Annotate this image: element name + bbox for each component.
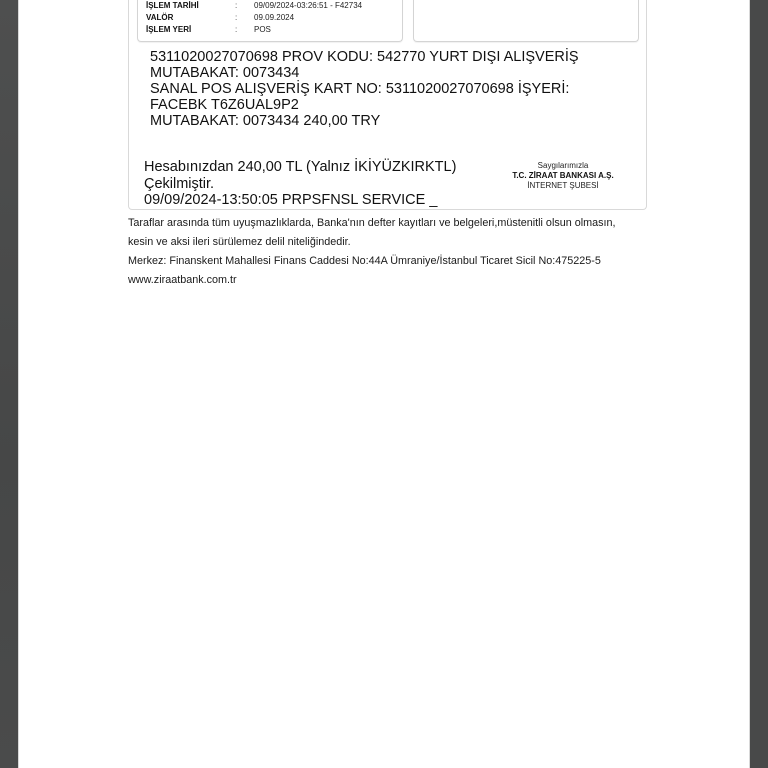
withdrawal-statement: Hesabınızdan 240,00 TL (Yalnız İKİYÜZKIR… (144, 159, 474, 209)
detail-value: POS (254, 24, 271, 36)
disclaimer-line: Taraflar arasında tüm uyuşmazlıklarda, B… (128, 214, 658, 233)
withdrawal-line: Hesabınızdan 240,00 TL (Yalnız İKİYÜZKIR… (144, 159, 474, 176)
withdrawal-line: Çekilmiştir. (144, 176, 474, 193)
description-line: MUTABAKAT: 0073434 (150, 65, 590, 81)
description-line: FACEBK T6Z6UAL9P2 (150, 97, 590, 113)
description-line: 5311020027070698 PROV KODU: 542770 YURT … (150, 49, 590, 65)
transaction-description: 5311020027070698 PROV KODU: 542770 YURT … (150, 49, 590, 129)
disclaimer-line: kesin ve aksi ileri sürülemez delil nite… (128, 233, 658, 252)
signature-branch: İNTERNET ŞUBESİ (488, 181, 638, 191)
secondary-details-card (413, 0, 639, 42)
detail-label: İŞLEM YERİ (146, 24, 191, 36)
document-page: İŞLEM TARİHİ : 09/09/2024-03:26:51 - F42… (18, 0, 750, 768)
headquarters-address: Merkez: Finanskent Mahallesi Finans Cadd… (128, 252, 658, 271)
viewer-background-right (750, 0, 768, 768)
detail-separator: : (235, 0, 237, 12)
detail-separator: : (235, 24, 237, 36)
transaction-details-card: İŞLEM TARİHİ : 09/09/2024-03:26:51 - F42… (137, 0, 403, 42)
viewer-background-left (0, 0, 18, 768)
bank-signature: Saygılarımızla T.C. ZİRAAT BANKASI A.Ş. … (488, 161, 638, 191)
detail-value: 09.09.2024 (254, 12, 294, 24)
legal-footer: Taraflar arasında tüm uyuşmazlıklarda, B… (128, 214, 658, 290)
description-line: SANAL POS ALIŞVERİŞ KART NO: 53110200270… (150, 81, 590, 97)
detail-value: 09/09/2024-03:26:51 - F42734 (254, 0, 362, 12)
signature-bank-name: T.C. ZİRAAT BANKASI A.Ş. (488, 171, 638, 181)
withdrawal-line: 09/09/2024-13:50:05 PRPSFNSL SERVICE _ (144, 192, 474, 209)
description-line: MUTABAKAT: 0073434 240,00 TRY (150, 113, 590, 129)
website-link[interactable]: www.ziraatbank.com.tr (128, 271, 658, 290)
detail-label: İŞLEM TARİHİ (146, 0, 199, 12)
signature-greeting: Saygılarımızla (488, 161, 638, 171)
detail-label: VALÖR (146, 12, 173, 24)
detail-separator: : (235, 12, 237, 24)
